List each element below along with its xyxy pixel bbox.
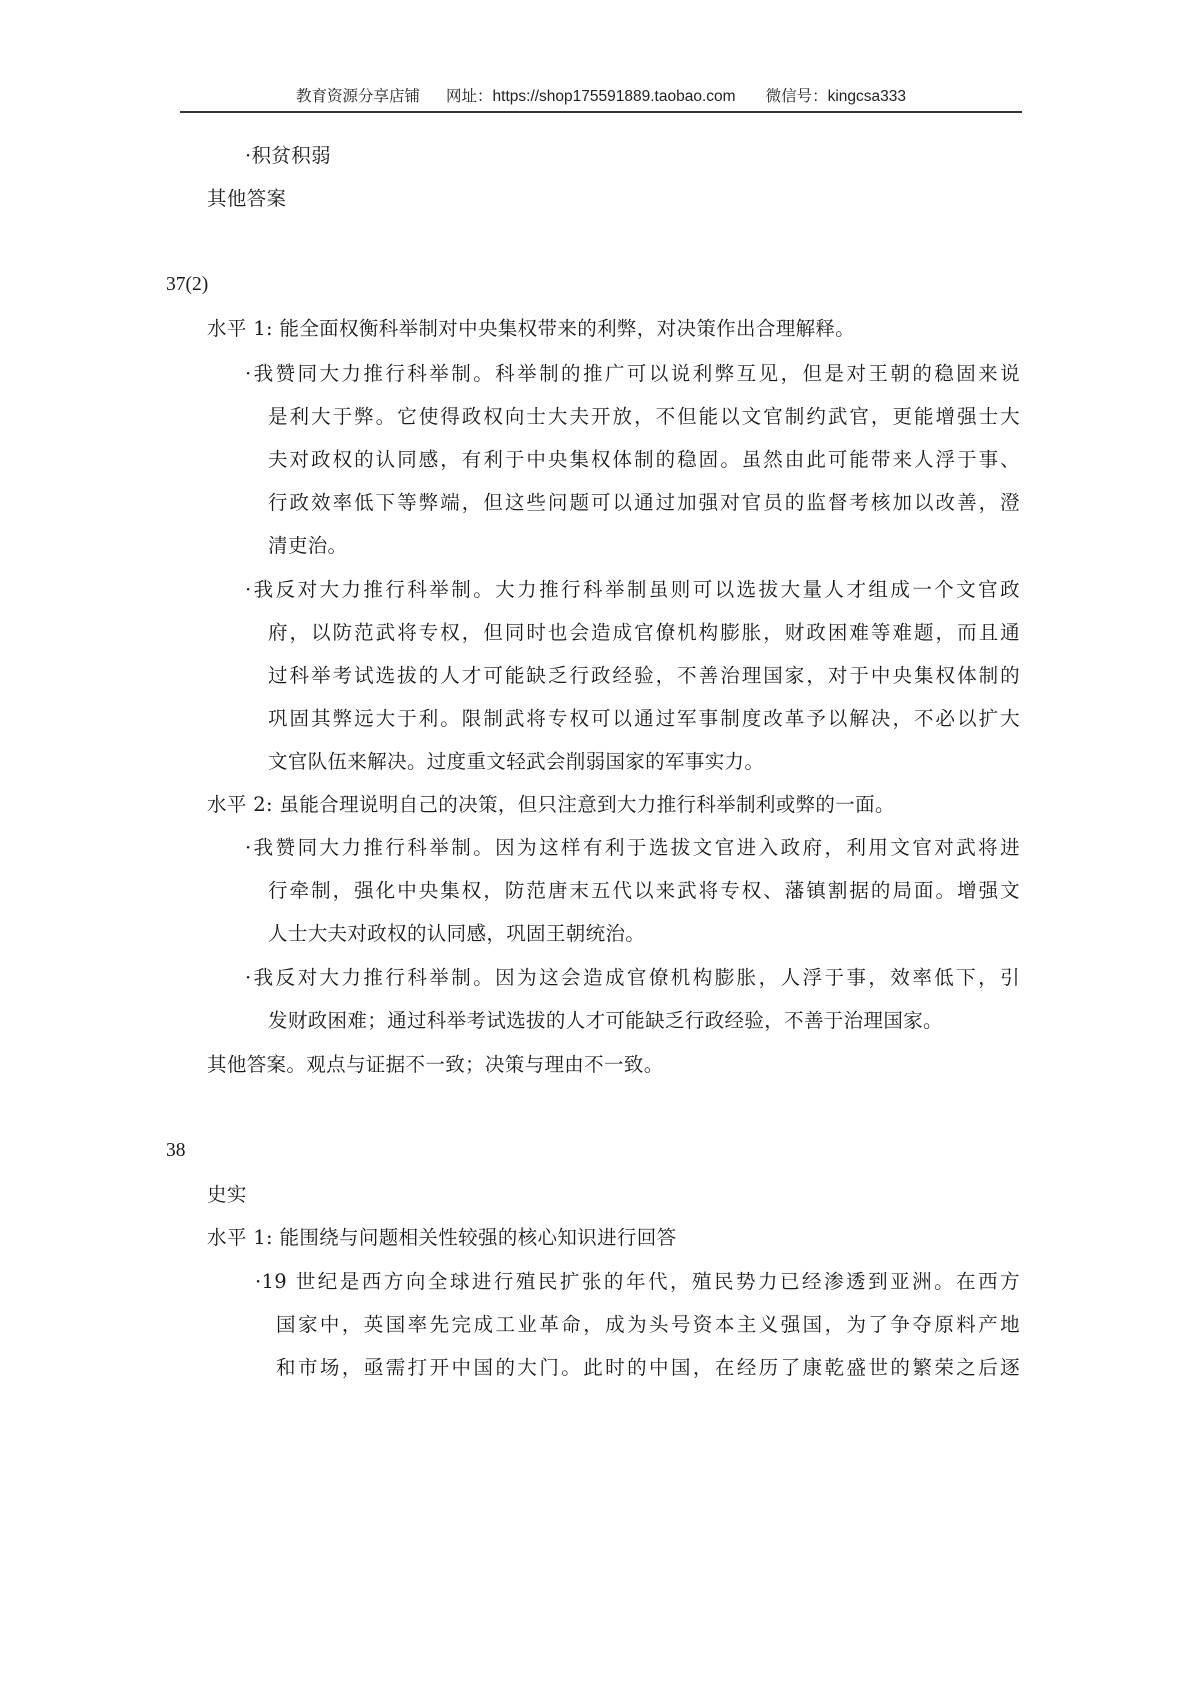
question-number: 38 [166, 1138, 186, 1164]
level-heading: 水平 1: 能全面权衡科举制对中央集权带来的利弊，对决策作出合理解释。 [207, 316, 855, 342]
paragraph-line: 清吏治。 [268, 533, 347, 559]
paragraph-line: ·19 世纪是西方向全球进行殖民扩张的年代，殖民势力已经渗透到亚洲。在西方 [255, 1269, 1020, 1295]
other-answers: 其他答案 [207, 186, 286, 212]
level-heading: 水平 2: 虽能合理说明自己的决策，但只注意到大力推行科举制利或弊的一面。 [207, 792, 895, 818]
shop-name: 教育资源分享店铺 [296, 84, 420, 106]
paragraph-line: 行政效率低下等弊端，但这些问题可以通过加强对官员的监督考核加以改善，澄 [268, 490, 1020, 516]
subsection-title: 史实 [207, 1182, 247, 1208]
paragraph-line: 行牵制，强化中央集权，防范唐末五代以来武将专权、藩镇割据的局面。增强文 [268, 878, 1020, 904]
paragraph-line: 巩固其弊远大于利。限制武将专权可以通过军事制度改革予以解决，不必以扩大 [268, 706, 1020, 732]
paragraph-line: 人士大夫对政权的认同感，巩固王朝统治。 [268, 921, 645, 947]
paragraph-line: ·我反对大力推行科举制。因为这会造成官僚机构膨胀，人浮于事，效率低下，引 [245, 965, 1020, 991]
wechat-label: 微信号： [766, 84, 828, 106]
paragraph-line: ·我赞同大力推行科举制。科举制的推广可以说利弊互见，但是对王朝的稳固来说 [245, 361, 1020, 387]
paragraph-line: 过科举考试选拔的人才可能缺乏行政经验，不善治理国家，对于中央集权体制的 [268, 663, 1020, 689]
paragraph-line: 府，以防范武将专权，但同时也会造成官僚机构膨胀，财政困难等难题，而且通 [268, 620, 1020, 646]
paragraph-line: 和市场，亟需打开中国的大门。此时的中国，在经历了康乾盛世的繁荣之后逐 [276, 1355, 1020, 1381]
list-item: ·积贫积弱 [245, 143, 331, 169]
shop-url-link[interactable]: https://shop175591889.taobao.com [493, 88, 736, 106]
paragraph-line: 夫对政权的认同感，有利于中央集权体制的稳固。虽然由此可能带来人浮于事、 [268, 447, 1020, 473]
level-heading: 水平 1: 能围绕与问题相关性较强的核心知识进行回答 [207, 1225, 676, 1251]
paragraph-line: ·我反对大力推行科举制。大力推行科举制虽则可以选拔大量人才组成一个文官政 [245, 577, 1020, 603]
paragraph-line: 国家中，英国率先完成工业革命，成为头号资本主义强国，为了争夺原料产地 [276, 1312, 1020, 1338]
header-divider [180, 111, 1022, 113]
url-label: 网址： [446, 84, 493, 106]
paragraph-line: 是利大于弊。它使得政权向士大夫开放，不但能以文官制约武官，更能增强士大 [268, 404, 1020, 430]
paragraph-line: 发财政困难；通过科举考试选拔的人才可能缺乏行政经验，不善于治理国家。 [268, 1008, 943, 1034]
wechat-id: kingcsa333 [828, 88, 906, 106]
paragraph-line: 文官队伍来解决。过度重文轻武会削弱国家的军事实力。 [268, 749, 764, 775]
other-answers: 其他答案。观点与证据不一致；决策与理由不一致。 [207, 1052, 664, 1078]
paragraph-line: ·我赞同大力推行科举制。因为这样有利于选拔文官进入政府，利用文官对武将进 [245, 835, 1020, 861]
page-header: 教育资源分享店铺网址：https://shop175591889.taobao.… [180, 84, 1022, 112]
question-number: 37(2) [166, 272, 208, 298]
